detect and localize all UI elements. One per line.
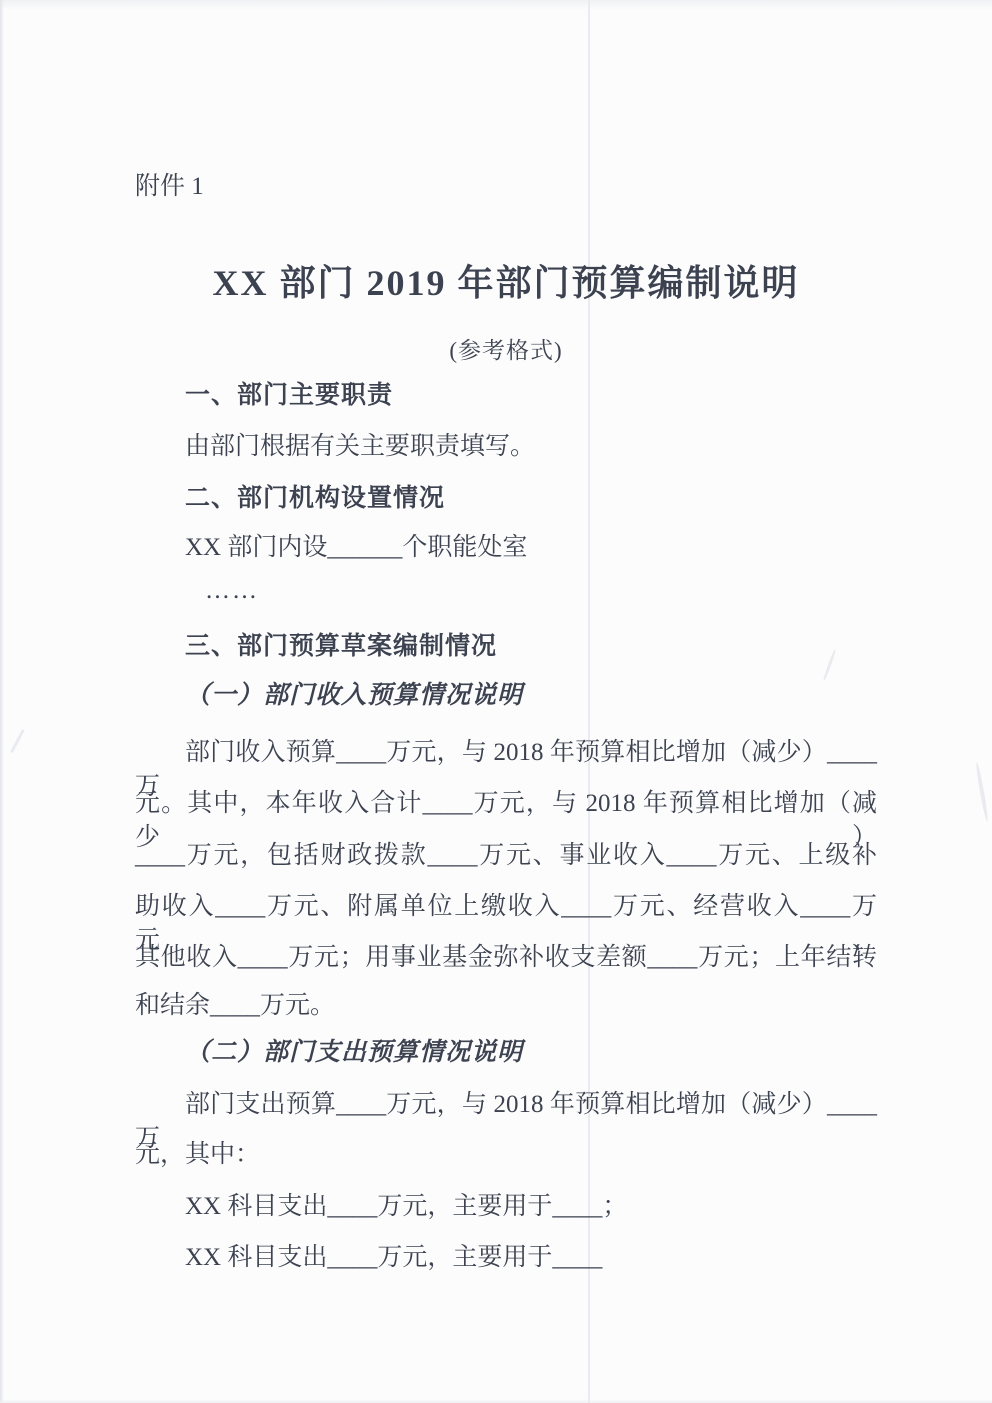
document-subtitle: (参考格式): [135, 334, 877, 368]
ellipsis-line: ……: [135, 574, 877, 608]
scanned-document-page: 附件 1 XX 部门 2019 年部门预算编制说明 (参考格式) 一、部门主要职…: [0, 0, 992, 1403]
document-title: XX 部门 2019 年部门预算编制说明: [135, 266, 877, 300]
expense-paragraph-line: 元，其中：: [135, 1138, 877, 1172]
expense-item-line: XX 科目支出____万元，主要用于____: [135, 1241, 877, 1275]
scan-edge-top: [0, 0, 992, 10]
scan-smudge: [10, 729, 25, 753]
scan-smudge: [975, 762, 989, 822]
income-paragraph-line: 和结余____万元。: [135, 989, 877, 1023]
attachment-label: 附件 1: [135, 170, 877, 204]
section-1-body: 由部门根据有关主要职责填写。: [135, 430, 877, 464]
section-2-heading: 二、部门机构设置情况: [135, 481, 877, 515]
expense-item-line: XX 科目支出____万元，主要用于____；: [135, 1190, 877, 1224]
scan-edge-bottom: [0, 1399, 992, 1403]
income-paragraph-line: ____万元，包括财政拨款____万元、事业收入____万元、上级补: [135, 839, 877, 873]
section-3-heading: 三、部门预算草案编制情况: [135, 629, 877, 663]
section-2-body: XX 部门内设______个职能处室: [135, 531, 877, 565]
scan-edge-left: [0, 0, 4, 1403]
section-3-sub-1-heading: （一）部门收入预算情况说明: [135, 679, 877, 713]
section-1-heading: 一、部门主要职责: [135, 378, 877, 412]
section-3-sub-2-heading: （二）部门支出预算情况说明: [135, 1036, 877, 1070]
income-paragraph-line: 其他收入____万元；用事业基金弥补收支差额____万元；上年结转: [135, 941, 877, 975]
